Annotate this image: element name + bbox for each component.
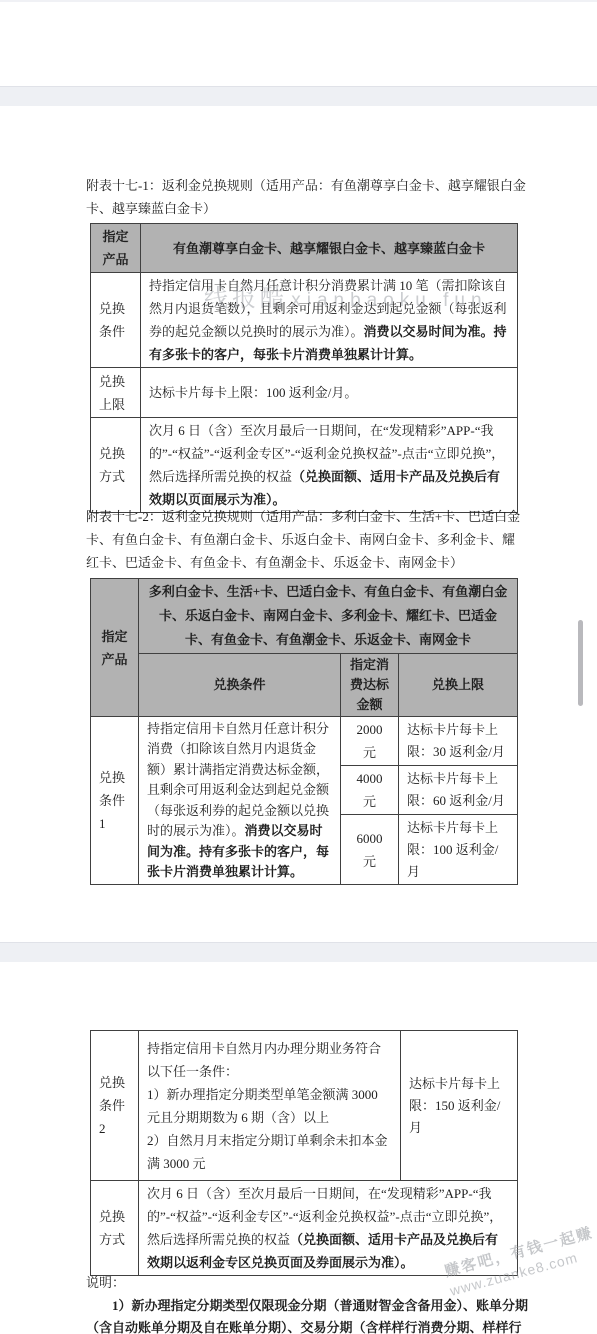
tier1-amount: 2000 元 xyxy=(341,717,399,766)
tier2-amount: 4000 元 xyxy=(341,766,399,815)
table1-condition-row: 兑换条件 持指定信用卡自然月任意计积分消费累计满 10 笔（需扣除该自然月内退货… xyxy=(91,273,518,368)
tier3-amount: 6000 元 xyxy=(341,815,399,885)
notes-section: 说明： 1）新办理指定分期类型仅限现金分期（普通财智金含备用金）、账单分期（含自… xyxy=(86,1272,528,1334)
table2-header-amount: 指定消费达标金额 xyxy=(341,654,399,717)
table1-condition-label: 兑换条件 xyxy=(91,273,141,368)
condition1-text-normal: 持指定信用卡自然月任意计积分消费（扣除该自然月内退货金额）累计满指定消费达标金额… xyxy=(147,721,329,839)
condition2-limit: 达标卡片每卡上限：150 返利金/月 xyxy=(401,1031,518,1181)
table2-method-text: 次月 6 日（含）至次月最后一日期间，在“发现精彩”APP-“我的”-“权益”-… xyxy=(139,1181,518,1276)
rebate-rules-table-1: 指定产品 有鱼潮尊享白金卡、越享耀银白金卡、越享臻蓝白金卡 兑换条件 持指定信用… xyxy=(90,223,518,513)
table1-header-row: 指定产品 有鱼潮尊享白金卡、越享耀银白金卡、越享臻蓝白金卡 xyxy=(91,224,518,273)
table2-header-condition: 兑换条件 xyxy=(139,654,341,717)
table2-product-list: 多利白金卡、生活+卡、巴适白金卡、有鱼白金卡、有鱼潮白金卡、乐返白金卡、南网白金… xyxy=(139,579,518,654)
table2-tier-row-1: 兑换条件 1 持指定信用卡自然月任意计积分消费（扣除该自然月内退货金额）累计满指… xyxy=(91,717,518,766)
table2-condition1-text: 持指定信用卡自然月任意计积分消费（扣除该自然月内退货金额）累计满指定消费达标金额… xyxy=(139,717,341,885)
table2-column-header-row: 兑换条件 指定消费达标金额 兑换上限 xyxy=(91,654,518,717)
condition2-item1: 1）新办理指定分期类型单笔金额满 3000 元且分期期数为 6 期（含）以上 xyxy=(147,1083,392,1129)
table1-product-header-label: 指定产品 xyxy=(91,224,141,273)
table2-condition2-text: 持指定信用卡自然月内办理分期业务符合以下任一条件： 1）新办理指定分期类型单笔金… xyxy=(139,1031,401,1181)
table1-method-text: 次月 6 日（含）至次月最后一日期间，在“发现精彩”APP-“我的”-“权益”-… xyxy=(141,418,518,513)
scrollbar-thumb[interactable] xyxy=(578,620,583,706)
table2-method-row: 兑换方式 次月 6 日（含）至次月最后一日期间，在“发现精彩”APP-“我的”-… xyxy=(91,1181,518,1276)
table1-limit-row: 兑换上限 达标卡片每卡上限：100 返利金/月。 xyxy=(91,368,518,418)
table1-limit-text: 达标卡片每卡上限：100 返利金/月。 xyxy=(141,368,518,418)
rebate-rules-table-2-part1: 指定产品 多利白金卡、生活+卡、巴适白金卡、有鱼白金卡、有鱼潮白金卡、乐返白金卡… xyxy=(90,578,518,885)
table2-header-limit: 兑换上限 xyxy=(399,654,518,717)
table2-method-label: 兑换方式 xyxy=(91,1181,139,1276)
condition2-item2: 2）自然月月末指定分期订单剩余未扣本金满 3000 元 xyxy=(147,1129,392,1175)
page-gap-band-top xyxy=(0,86,597,106)
tier3-limit: 达标卡片每卡上限：100 返利金/月 xyxy=(399,815,518,885)
notes-label: 说明： xyxy=(86,1272,528,1295)
table2-product-row: 指定产品 多利白金卡、生活+卡、巴适白金卡、有鱼白金卡、有鱼潮白金卡、乐返白金卡… xyxy=(91,579,518,654)
table2-condition2-row: 兑换条件 2 持指定信用卡自然月内办理分期业务符合以下任一条件： 1）新办理指定… xyxy=(91,1031,518,1181)
table1-method-label: 兑换方式 xyxy=(91,418,141,513)
top-divider xyxy=(0,0,597,2)
tier2-limit: 达标卡片每卡上限：60 返利金/月 xyxy=(399,766,518,815)
notes-item-1: 1）新办理指定分期类型仅限现金分期（普通财智金含备用金）、账单分期（含自动账单分… xyxy=(86,1295,528,1334)
page-gap-band-middle xyxy=(0,942,597,962)
condition2-intro: 持指定信用卡自然月内办理分期业务符合以下任一条件： xyxy=(147,1037,392,1083)
appendix-title-17-2: 附表十七-2：返利金兑换规则（适用产品：多利白金卡、生活+卡、巴适白金卡、有鱼白… xyxy=(86,505,526,574)
table1-product-list: 有鱼潮尊享白金卡、越享耀银白金卡、越享臻蓝白金卡 xyxy=(141,224,518,273)
tier1-limit: 达标卡片每卡上限：30 返利金/月 xyxy=(399,717,518,766)
rebate-rules-table-2-part2: 兑换条件 2 持指定信用卡自然月内办理分期业务符合以下任一条件： 1）新办理指定… xyxy=(90,1030,518,1276)
table2-condition2-label: 兑换条件 2 xyxy=(91,1031,139,1181)
table1-method-row: 兑换方式 次月 6 日（含）至次月最后一日期间，在“发现精彩”APP-“我的”-… xyxy=(91,418,518,513)
table2-product-header-label: 指定产品 xyxy=(91,579,139,717)
table2-condition1-label: 兑换条件 1 xyxy=(91,717,139,885)
appendix-title-17-1: 附表十七-1：返利金兑换规则（适用产品：有鱼潮尊享白金卡、越享耀银白金卡、越享臻… xyxy=(86,174,526,220)
table1-condition-text: 持指定信用卡自然月任意计积分消费累计满 10 笔（需扣除该自然月内退货笔数），且… xyxy=(141,273,518,368)
table1-limit-label: 兑换上限 xyxy=(91,368,141,418)
document-viewer: 附表十七-1：返利金兑换规则（适用产品：有鱼潮尊享白金卡、越享耀银白金卡、越享臻… xyxy=(0,0,597,1334)
